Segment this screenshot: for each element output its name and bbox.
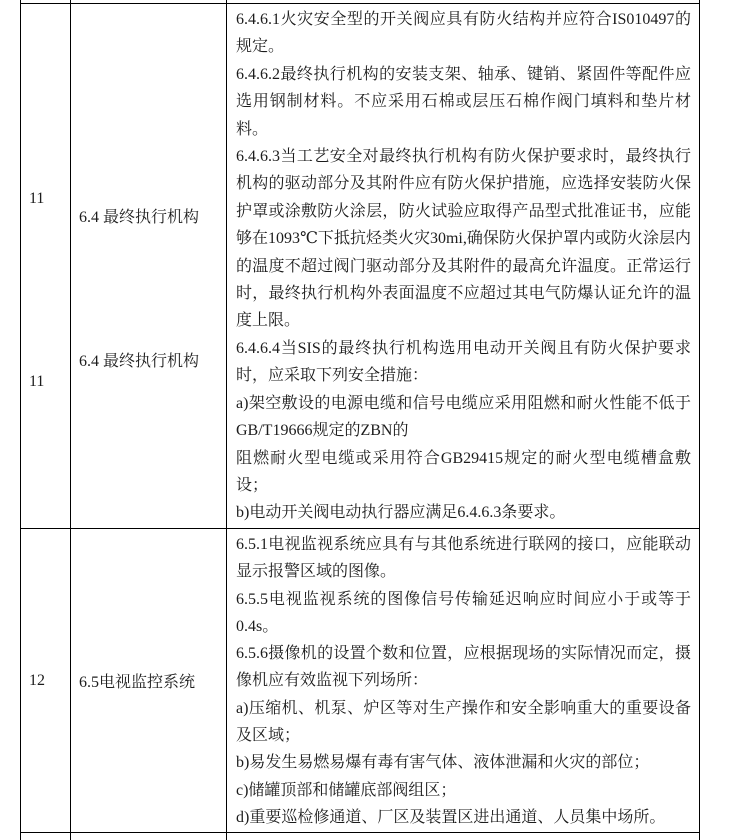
- clause-paragraph: a)压缩机、机泵、炉区等对生产操作和安全影响重大的重要设备及区域；: [236, 695, 691, 750]
- section-label: 6.5电视监控系统: [79, 669, 195, 692]
- table-row-partial-bottom: [21, 833, 699, 840]
- section-cell: [71, 833, 227, 840]
- clause-paragraph: b)易发生易燃易爆有毒有害气体、液体泄漏和火灾的部位；: [236, 749, 691, 776]
- section-label: 6.4 最终执行机构: [79, 352, 199, 372]
- row-number-cell: [21, 833, 71, 840]
- row-number: 11: [29, 372, 44, 392]
- content-cell: 6.4.6.1火灾安全型的开关阀应具有防火结构并应符合IS010497的规定。 …: [227, 4, 699, 528]
- clause-paragraph: a)架空敷设的电源电缆和信号电缆应采用阻燃和耐火性能不低于GB/T19666规定…: [236, 390, 691, 445]
- section-label: 6.4 最终执行机构: [79, 208, 199, 228]
- section-cell: [71, 0, 227, 3]
- clause-paragraph: 6.4.6.4当SIS的最终执行机构选用电动开关阀且有防火保护要求时，应采取下列…: [236, 335, 691, 390]
- table-row-12: 12 6.5电视监控系统 6.5.1电视监视系统应具有与其他系统进行联网的接口，…: [21, 529, 699, 833]
- section-cell: 6.5电视监控系统: [71, 529, 227, 832]
- row-number-cell: 12: [21, 529, 71, 832]
- row-number: 12: [29, 672, 45, 690]
- row-number-cell: [21, 0, 71, 3]
- content-cell: [227, 833, 699, 840]
- table-row-11: 11 11 6.4 最终执行机构 6.4 最终执行机构 6.4.6.1火灾安全型…: [21, 4, 699, 529]
- clause-paragraph: 6.5.1电视监视系统应具有与其他系统进行联网的接口，应能联动显示报警区域的图像…: [236, 531, 691, 586]
- clause-paragraph: d)重要巡检修通道、厂区及装置区进出通道、人员集中场所。: [236, 804, 691, 831]
- clause-paragraph: 6.4.6.2最终执行机构的安装支架、轴承、键销、紧固件等配件应选用钢制材料。不…: [236, 61, 691, 143]
- clause-paragraph: c)储罐顶部和储罐底部阀组区；: [236, 777, 691, 804]
- clause-paragraph: 6.5.5电视监视系统的图像信号传输延迟响应时间应小于或等于0.4s。: [236, 586, 691, 641]
- clause-paragraph: 6.4.6.1火灾安全型的开关阀应具有防火结构并应符合IS010497的规定。: [236, 6, 691, 61]
- content-cell: 6.5.1电视监视系统应具有与其他系统进行联网的接口，应能联动显示报警区域的图像…: [227, 529, 699, 832]
- clause-paragraph: 阻燃耐火型电缆或采用符合GB29415规定的耐火型电缆槽盒敷设；: [236, 445, 691, 500]
- row-number: 11: [29, 189, 44, 209]
- requirements-table: 11 11 6.4 最终执行机构 6.4 最终执行机构 6.4.6.1火灾安全型…: [20, 0, 700, 840]
- clause-paragraph: 6.5.6摄像机的设置个数和位置，应根据现场的实际情况而定，摄像机应有效监视下列…: [236, 640, 691, 695]
- content-cell: [227, 0, 699, 3]
- section-cell: 6.4 最终执行机构 6.4 最终执行机构: [71, 4, 227, 528]
- clause-paragraph: 6.4.6.3当工艺安全对最终执行机构有防火保护要求时，最终执行机构的驱动部分及…: [236, 143, 691, 335]
- clause-paragraph: b)电动开关阀电动执行器应满足6.4.6.3条要求。: [236, 499, 691, 526]
- row-number-cell: 11 11: [21, 4, 71, 528]
